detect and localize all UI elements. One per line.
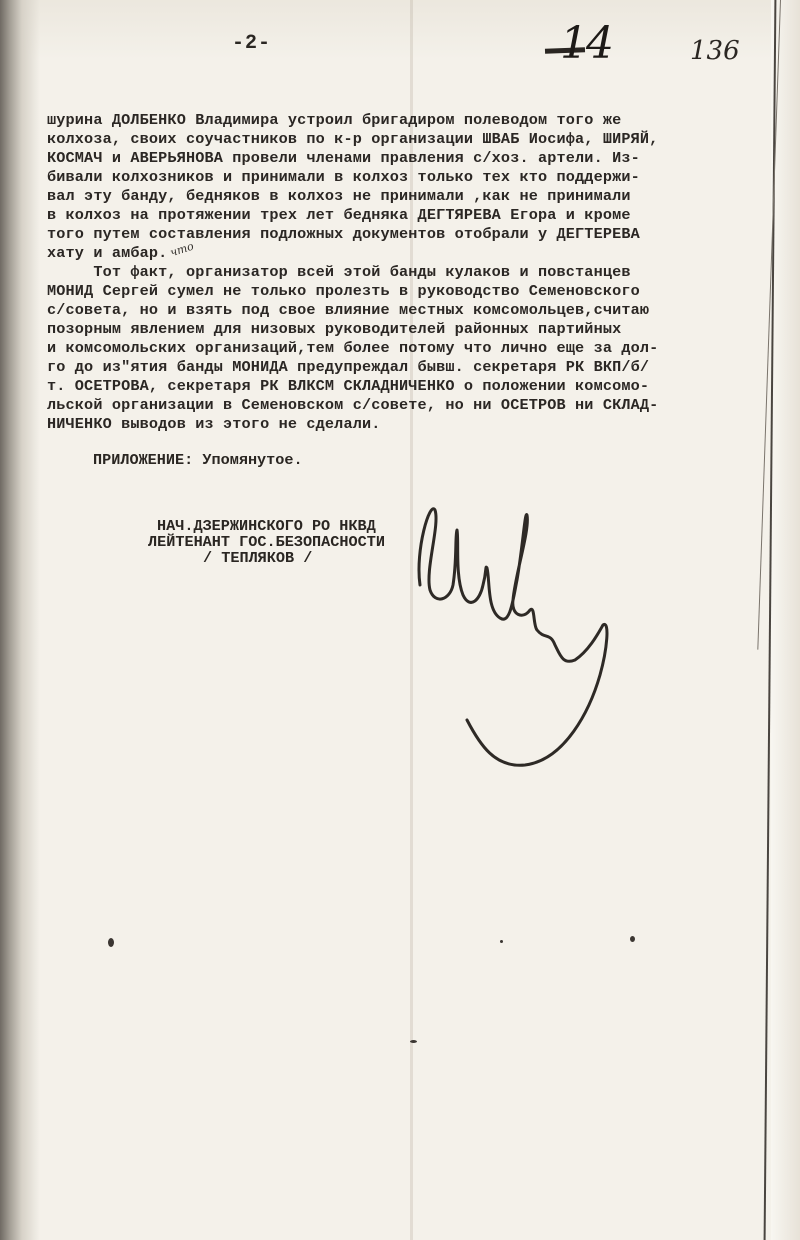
paper-speck [108,938,114,947]
body-line: того путем составления подложных докумен… [47,225,737,244]
appendix-line: ПРИЛОЖЕНИЕ: Упомянутое. [93,451,303,469]
paper-speck [410,1040,417,1043]
body-line: вал эту банду, бедняков в колхоз не прин… [47,187,737,206]
document-page: -2- 14 136 шурина ДОЛБЕНКО Владимира уст… [0,0,800,1240]
paper-speck [630,936,635,942]
right-margin-strip [771,0,800,1240]
body-line: и комсомольских организаций,тем более по… [47,339,737,358]
body-line: Тот факт, организатор всей этой банды ку… [47,263,737,282]
archive-folio-subnumber: 136 [690,36,740,66]
body-text: шурина ДОЛБЕНКО Владимира устроил бригад… [47,111,737,434]
body-line: шурина ДОЛБЕНКО Владимира устроил бригад… [47,111,737,130]
handwritten-signature-icon [395,490,625,790]
body-line: льской организации в Семеновском с/совет… [47,396,737,415]
body-line: го до из"ятия банды МОНИДА предупреждал … [47,358,737,377]
signatory-name: / ТЕПЛЯКОВ / [148,550,385,566]
paper-speck [500,940,503,943]
page-number: -2- [232,32,271,55]
body-line: хату и амбар. [47,244,737,263]
body-line: КОСМАЧ и АВЕРЬЯНОВА провели членами прав… [47,149,737,168]
body-line: НИЧЕНКО выводов из этого не сделали. [47,415,737,434]
body-line: МОНИД Сергей сумел не только пролезть в … [47,282,737,301]
archive-folio-number: 14 [560,18,612,69]
signatory-position: НАЧ.ДЗЕРЖИНСКОГО РО НКВД [148,518,385,534]
body-line: колхоза, своих соучастников по к-р орган… [47,130,737,149]
body-line: позорным явлением для низовых руководите… [47,320,737,339]
body-line: с/совета, но и взять под свое влияние ме… [47,301,737,320]
body-line: бивали колхозников и принимали в колхоз … [47,168,737,187]
signature-block: НАЧ.ДЗЕРЖИНСКОГО РО НКВД ЛЕЙТЕНАНТ ГОС.Б… [148,518,385,566]
body-line: в колхоз на протяжении трех лет бедняка … [47,206,737,225]
body-line: т. ОСЕТРОВА, секретаря РК ВЛКСМ СКЛАДНИЧ… [47,377,737,396]
signatory-rank: ЛЕЙТЕНАНТ ГОС.БЕЗОПАСНОСТИ [148,534,385,550]
